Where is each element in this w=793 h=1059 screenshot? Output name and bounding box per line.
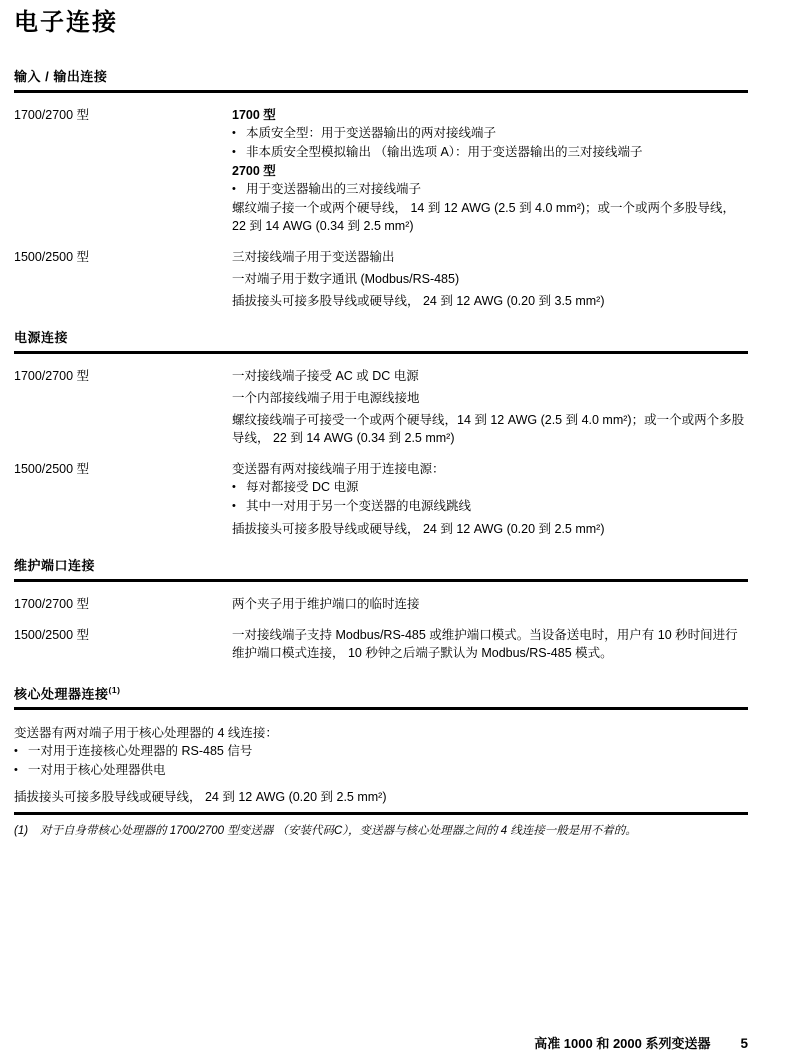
model-label: 1500/2500 型 <box>14 626 232 662</box>
footnote-ref: (1) <box>109 685 121 695</box>
spec-content: 一对接线端子支持 Modbus/RS-485 或维护端口模式。当设备送电时，用户… <box>232 626 748 662</box>
model-label: 1700/2700 型 <box>14 595 232 613</box>
spec-row: 1500/2500 型 一对接线端子支持 Modbus/RS-485 或维护端口… <box>14 626 748 662</box>
spec-row: 1700/2700 型 两个夹子用于维护端口的临时连接 <box>14 595 748 613</box>
spec-row: 1700/2700 型 一对接线端子接受 AC 或 DC 电源 一个内部接线端子… <box>14 367 748 447</box>
section-io-connections: 输入 / 输出连接 1700/2700 型 1700 型 本质安全型：用于变送器… <box>14 69 748 310</box>
model-label: 1700/2700 型 <box>14 367 232 447</box>
model-label: 1700/2700 型 <box>14 106 232 235</box>
bullet-icon <box>232 124 246 143</box>
page-number: 5 <box>740 1036 748 1051</box>
footnote: (1) 对于自身带核心处理器的 1700/2700 型变送器 （安装代码C），变… <box>14 812 748 839</box>
spec-text: 螺纹端子接一个或两个硬导线， 14 到 12 AWG (2.5 到 4.0 mm… <box>232 199 748 235</box>
footnote-text: 对于自身带核心处理器的 1700/2700 型变送器 （安装代码C），变送器与核… <box>40 823 748 839</box>
section-header-text: 维护端口连接 <box>14 558 95 573</box>
bullet-text: 其中一对用于另一个变送器的电源线跳线 <box>246 497 471 516</box>
section-power-connections: 电源连接 1700/2700 型 一对接线端子接受 AC 或 DC 电源 一个内… <box>14 330 748 538</box>
footer-doc-title: 高准 1000 和 2000 系列变送器 <box>534 1033 710 1052</box>
spec-text: 一对端子用于数字通讯 (Modbus/RS-485) <box>232 270 748 288</box>
document-page: 电子连接 输入 / 输出连接 1700/2700 型 1700 型 本质安全型：… <box>0 0 793 1059</box>
spec-content: 变送器有两对端子用于核心处理器的 4 线连接： 一对用于连接核心处理器的 RS-… <box>14 724 748 806</box>
bullet-item: 非本质安全型模拟输出 （输出选项 A）：用于变送器输出的三对接线端子 <box>232 143 748 162</box>
section-maintenance-port-connections: 维护端口连接 1700/2700 型 两个夹子用于维护端口的临时连接 1500/… <box>14 558 748 662</box>
spec-content: 1700 型 本质安全型：用于变送器输出的两对接线端子 非本质安全型模拟输出 （… <box>232 106 748 235</box>
spec-text: 螺纹接线端子可接受一个或两个硬导线，14 到 12 AWG (2.5 到 4.0… <box>232 411 748 447</box>
spec-text: 变送器有两对接线端子用于连接电源： <box>232 460 748 478</box>
bullet-text: 一对用于连接核心处理器的 RS-485 信号 <box>28 742 252 761</box>
bullet-item: 一对用于核心处理器供电 <box>14 761 748 780</box>
spec-text: 两个夹子用于维护端口的临时连接 <box>232 595 748 613</box>
bullet-icon <box>14 761 28 780</box>
spec-text: 一对接线端子接受 AC 或 DC 电源 <box>232 367 748 385</box>
model-label: 1500/2500 型 <box>14 248 232 310</box>
page-footer: 高准 1000 和 2000 系列变送器 5 <box>534 1033 748 1052</box>
spec-text: 插拔接头可接多股导线或硬导线， 24 到 12 AWG (0.20 到 3.5 … <box>232 292 748 310</box>
spec-row: 1700/2700 型 1700 型 本质安全型：用于变送器输出的两对接线端子 … <box>14 106 748 235</box>
footnote-marker: (1) <box>14 823 40 839</box>
section-header-text: 电源连接 <box>14 330 68 345</box>
spec-content: 一对接线端子接受 AC 或 DC 电源 一个内部接线端子用于电源线接地 螺纹接线… <box>232 367 748 447</box>
spec-row: 1500/2500 型 三对接线端子用于变送器输出 一对端子用于数字通讯 (Mo… <box>14 248 748 310</box>
section-header: 输入 / 输出连接 <box>14 69 748 93</box>
model-label: 1500/2500 型 <box>14 460 232 538</box>
bullet-item: 本质安全型：用于变送器输出的两对接线端子 <box>232 124 748 143</box>
bullet-text: 每对都接受 DC 电源 <box>246 478 359 497</box>
page-title: 电子连接 <box>14 8 748 38</box>
spec-text: 变送器有两对端子用于核心处理器的 4 线连接： <box>14 724 748 742</box>
bullet-text: 用于变送器输出的三对接线端子 <box>246 180 421 199</box>
bullet-item: 一对用于连接核心处理器的 RS-485 信号 <box>14 742 748 761</box>
model-subheading: 2700 型 <box>232 162 748 180</box>
page-content: 电子连接 输入 / 输出连接 1700/2700 型 1700 型 本质安全型：… <box>0 0 793 839</box>
bullet-text: 一对用于核心处理器供电 <box>28 761 166 780</box>
section-header-text: 输入 / 输出连接 <box>14 69 107 84</box>
spec-text: 一对接线端子支持 Modbus/RS-485 或维护端口模式。当设备送电时，用户… <box>232 626 748 662</box>
spec-text: 插拔接头可接多股导线或硬导线， 24 到 12 AWG (0.20 到 2.5 … <box>14 788 748 806</box>
spec-content: 三对接线端子用于变送器输出 一对端子用于数字通讯 (Modbus/RS-485)… <box>232 248 748 310</box>
section-core-processor-connections: 核心处理器连接(1) 变送器有两对端子用于核心处理器的 4 线连接： 一对用于连… <box>14 682 748 806</box>
spec-content: 两个夹子用于维护端口的临时连接 <box>232 595 748 613</box>
bullet-icon <box>232 180 246 199</box>
section-header-text: 核心处理器连接 <box>14 686 109 701</box>
model-subheading: 1700 型 <box>232 106 748 124</box>
spec-row: 1500/2500 型 变送器有两对接线端子用于连接电源： 每对都接受 DC 电… <box>14 460 748 538</box>
bullet-text: 非本质安全型模拟输出 （输出选项 A）：用于变送器输出的三对接线端子 <box>246 143 643 162</box>
spec-text: 三对接线端子用于变送器输出 <box>232 248 748 266</box>
bullet-item: 其中一对用于另一个变送器的电源线跳线 <box>232 497 748 516</box>
bullet-icon <box>232 478 246 497</box>
bullet-icon <box>14 742 28 761</box>
section-header: 电源连接 <box>14 330 748 354</box>
section-header: 核心处理器连接(1) <box>14 682 748 710</box>
bullet-item: 用于变送器输出的三对接线端子 <box>232 180 748 199</box>
spec-text: 一个内部接线端子用于电源线接地 <box>232 389 748 407</box>
bullet-icon <box>232 143 246 162</box>
spec-text: 插拔接头可接多股导线或硬导线， 24 到 12 AWG (0.20 到 2.5 … <box>232 520 748 538</box>
bullet-icon <box>232 497 246 516</box>
section-header: 维护端口连接 <box>14 558 748 582</box>
bullet-text: 本质安全型：用于变送器输出的两对接线端子 <box>246 124 496 143</box>
bullet-item: 每对都接受 DC 电源 <box>232 478 748 497</box>
spec-content: 变送器有两对接线端子用于连接电源： 每对都接受 DC 电源 其中一对用于另一个变… <box>232 460 748 538</box>
